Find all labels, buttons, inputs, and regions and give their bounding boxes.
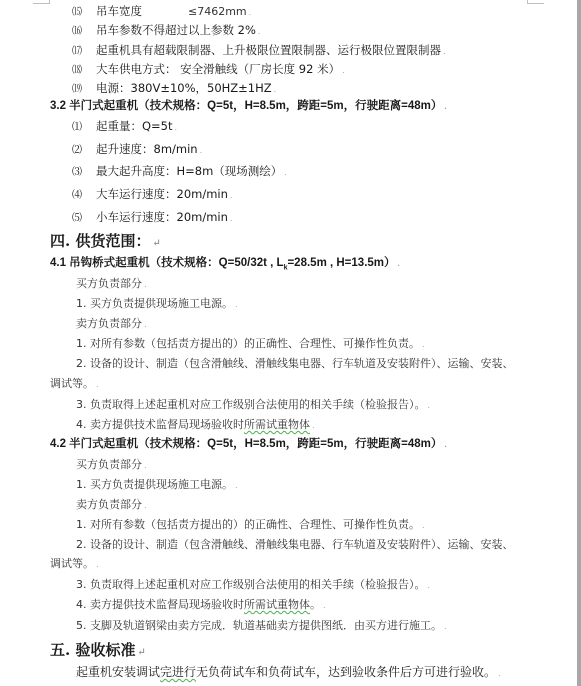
item-number: ⒂ — [72, 6, 96, 20]
paragraph-mark: . — [249, 8, 252, 17]
paragraph-mark: . — [428, 401, 431, 410]
spec-item-3: ⑶最大起升高度：H=8m（现场测绘）. — [72, 164, 287, 180]
paragraph-mark: . — [230, 191, 233, 200]
item-number: ⑴ — [72, 121, 96, 135]
seller-item: 1. 对所有参数（包括责方提出的）的正确性、合理性、可操作性负责。. — [76, 337, 425, 352]
item-text: 。 — [310, 598, 321, 611]
item-text: 2. 设备的设计、制造（包含滑触线、滑触线集电器、行车轨道及安装附件）、运输、安… — [76, 357, 514, 370]
item-text: 调试等。 — [50, 557, 94, 570]
item-value: ≤7462mm — [188, 5, 247, 18]
paragraph-mark: ↵ — [152, 238, 160, 249]
section-5-title: 五. 验收标准↵ — [50, 641, 146, 662]
item-number: ⒃ — [72, 25, 96, 39]
item-number: ⑶ — [72, 166, 96, 180]
buyer-label: 买方负责部分. — [76, 458, 147, 473]
paragraph-mark: . — [498, 669, 501, 678]
paragraph-mark: . — [175, 123, 178, 132]
item-text: 吊车参数不得超过以上参数 2% — [96, 23, 256, 37]
seller-item: 5. 支脚及轨道钢梁由卖方完成．轨道基础卖方提供图纸．由买方进行施工。. — [76, 619, 447, 634]
paragraph-mark: . — [444, 102, 446, 111]
spec-item-19: ⒆电源：380V±10%，50HZ±1HZ. — [72, 81, 276, 97]
paragraph-mark: . — [428, 581, 431, 590]
seller-item: 2. 设备的设计、制造（包含滑触线、滑触线集电器、行车轨道及安装附件）、运输、安… — [76, 357, 514, 371]
paragraph-mark: . — [312, 421, 315, 430]
margin-corner-mark — [527, 0, 544, 4]
item-text: 起升速度：8m/min — [96, 142, 198, 156]
item-number: ⒆ — [72, 83, 96, 97]
document-page: ⒂吊车宽度≤7462mm. ⒃吊车参数不得超过以上参数 2%. ⒄起重机具有超载… — [0, 0, 577, 686]
paragraph-mark: . — [96, 560, 99, 569]
section-4-2-heading: 4.2 半门式起重机（技术规格：Q=5t，H=8.5m，跨距=5m，行驶距离=4… — [50, 437, 447, 452]
item-text: 大车供电方式： 安全滑触线（厂房长度 92 米） — [96, 62, 340, 76]
margin-corner-mark — [33, 0, 50, 4]
item-number: ⑵ — [72, 144, 96, 158]
paragraph-mark: . — [323, 601, 326, 610]
label-text: 卖方负责部分 — [76, 498, 142, 511]
section-4-1-heading: 4.1 吊钩桥式起重机（技术规格：Q=50/32t , Lk=28.5m , H… — [50, 256, 400, 275]
item-text: 2. 设备的设计、制造（包含滑触线、滑触线集电器、行车轨道及安装附件）、运输、安… — [76, 538, 514, 551]
paragraph-mark: . — [422, 521, 425, 530]
item-number: ⑷ — [72, 189, 96, 203]
item-number: ⒅ — [72, 64, 96, 78]
label-text: 卖方负责部分 — [76, 317, 142, 330]
item-text: 1. 买方负责提供现场施工电源。 — [76, 297, 233, 310]
section-4-title: 四. 供货范围：↵ — [50, 232, 161, 253]
item-text-grammar-flagged: 所需试重物体 — [244, 418, 310, 431]
item-text: 3. 负责取得上述起重机对应工作级别合法使用的相关手续（检验报告）。 — [76, 398, 426, 411]
seller-label: 卖方负责部分. — [76, 317, 147, 332]
heading-text: 4.1 吊钩桥式起重机（技术规格：Q=50/32t , L — [50, 257, 284, 269]
paragraph-mark: . — [422, 340, 425, 349]
spec-item-4: ⑷大车运行速度：20m/min. — [72, 187, 232, 203]
seller-item-continued: 调试等。. — [50, 557, 99, 572]
heading-text: =28.5m , H=13.5m） — [287, 257, 395, 269]
item-text: 4. 卖方提供技术监督局现场验收时 — [76, 418, 244, 431]
seller-item: 1. 对所有参数（包括责方提出的）的正确性、合理性、可操作性负责。. — [76, 518, 425, 533]
paragraph-mark: . — [342, 66, 345, 75]
item-text: 5. 支脚及轨道钢梁由卖方完成．轨道基础卖方提供图纸．由买方进行施工。 — [76, 619, 442, 632]
spec-item-17: ⒄起重机具有超载限制器、上升极限位置限制器、运行极限位置限制器. — [72, 43, 446, 59]
paragraph-mark: . — [274, 85, 277, 94]
paragraph-mark: . — [444, 440, 446, 449]
item-text: 吊车宽度 — [96, 4, 142, 18]
item-text: 起重机具有超载限制器、上升极限位置限制器、运行极限位置限制器 — [96, 43, 441, 57]
item-text: 电源：380V±10%，50HZ±1HZ — [96, 81, 272, 95]
spec-item-5: ⑸小车运行速度：20m/min. — [72, 210, 232, 226]
paragraph-mark: . — [235, 481, 238, 490]
item-text: 1. 对所有参数（包括责方提出的）的正确性、合理性、可操作性负责。 — [76, 518, 420, 531]
item-text: 4. 卖方提供技术监督局现场验收时 — [76, 598, 244, 611]
section-5-body: 起重机安装调试完进行无负荷试车和负荷试车，达到验收条件后方可进行验收。. — [76, 665, 501, 681]
paragraph-mark: . — [144, 461, 147, 470]
item-text: 1. 买方负责提供现场施工电源。 — [76, 478, 233, 491]
paragraph-mark: . — [230, 214, 233, 223]
spec-item-16: ⒃吊车参数不得超过以上参数 2%. — [72, 23, 260, 39]
heading-text: 4.2 半门式起重机（技术规格：Q=5t，H=8.5m，跨距=5m，行驶距离=4… — [50, 438, 442, 450]
spec-item-2: ⑵起升速度：8m/min. — [72, 142, 202, 158]
label-text: 买方负责部分 — [76, 458, 142, 471]
window-right-edge — [577, 0, 581, 686]
seller-item: 3. 负责取得上述起重机对应工作级别合法使用的相关手续（检验报告）。. — [76, 578, 430, 593]
paragraph-mark: . — [144, 280, 147, 289]
paragraph-mark: . — [144, 501, 147, 510]
body-text: 无负荷试车和负荷试车，达到验收条件后方可进行验收。 — [196, 665, 496, 679]
spec-item-15: ⒂吊车宽度≤7462mm. — [72, 4, 251, 20]
heading-text: 五. 验收标准 — [50, 641, 135, 659]
buyer-item: 1. 买方负责提供现场施工电源。. — [76, 478, 238, 493]
body-text-grammar-flagged: 完进行 — [160, 665, 196, 679]
seller-item-continued: 调试等。. — [50, 377, 99, 392]
buyer-label: 买方负责部分. — [76, 277, 147, 292]
heading-text: 3.2 半门式起重机（技术规格：Q=5t，H=8.5m，跨距=5m，行驶距离=4… — [50, 100, 442, 112]
paragraph-mark: . — [144, 320, 147, 329]
seller-item: 3. 负责取得上述起重机对应工作级别合法使用的相关手续（检验报告）。. — [76, 398, 430, 413]
item-text: 1. 对所有参数（包括责方提出的）的正确性、合理性、可操作性负责。 — [76, 337, 420, 350]
item-text: 小车运行速度：20m/min — [96, 210, 228, 224]
paragraph-mark: . — [200, 146, 203, 155]
spec-item-18: ⒅大车供电方式： 安全滑触线（厂房长度 92 米）. — [72, 62, 345, 78]
paragraph-mark: . — [258, 27, 261, 36]
seller-label: 卖方负责部分. — [76, 498, 147, 513]
item-text: 最大起升高度：H=8m（现场测绘） — [96, 164, 282, 178]
paragraph-mark: ↵ — [137, 647, 145, 658]
item-text: 调试等。 — [50, 377, 94, 390]
item-text-grammar-flagged: 所需试重物体 — [244, 598, 310, 611]
seller-item: 2. 设备的设计、制造（包含滑触线、滑触线集电器、行车轨道及安装附件）、运输、安… — [76, 538, 514, 552]
seller-item: 4. 卖方提供技术监督局现场验收时所需试重物体。. — [76, 598, 326, 613]
paragraph-mark: . — [398, 259, 400, 268]
paragraph-mark: . — [235, 300, 238, 309]
heading-text: 四. 供货范围： — [50, 232, 150, 250]
buyer-item: 1. 买方负责提供现场施工电源。. — [76, 297, 238, 312]
paragraph-mark: . — [284, 168, 287, 177]
paragraph-mark: . — [444, 622, 447, 631]
paragraph-mark: . — [443, 47, 446, 56]
section-3-2-heading: 3.2 半门式起重机（技术规格：Q=5t，H=8.5m，跨距=5m，行驶距离=4… — [50, 99, 447, 114]
label-text: 买方负责部分 — [76, 277, 142, 290]
item-number: ⑸ — [72, 212, 96, 226]
paragraph-mark: . — [96, 380, 99, 389]
spec-item-1: ⑴起重量：Q=5t. — [72, 119, 177, 135]
seller-item: 4. 卖方提供技术监督局现场验收时所需试重物体. — [76, 418, 315, 433]
item-text: 大车运行速度：20m/min — [96, 187, 228, 201]
item-number: ⒄ — [72, 45, 96, 59]
item-text: 3. 负责取得上述起重机对应工作级别合法使用的相关手续（检验报告）。 — [76, 578, 426, 591]
item-text: 起重量：Q=5t — [96, 119, 173, 133]
body-text: 起重机安装调试 — [76, 665, 160, 679]
